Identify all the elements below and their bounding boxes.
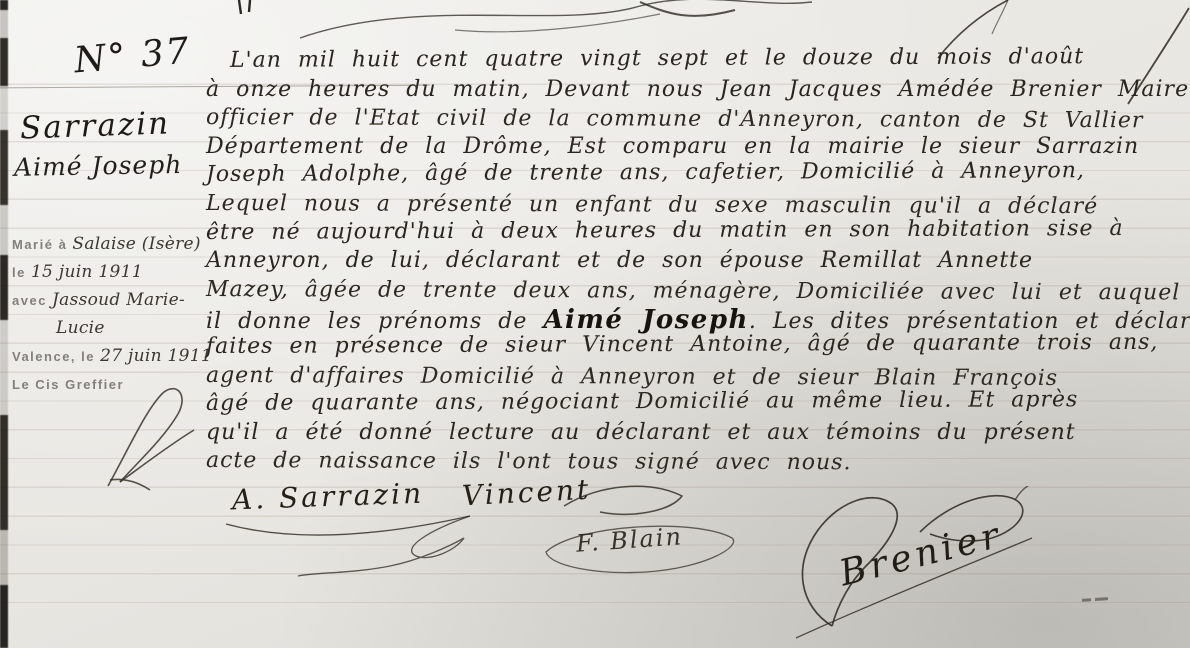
mayor-signature-flourish [770,486,1070,646]
act-line: Anneyron, de lui, déclarant et de son ép… [206,248,1184,277]
act-line: qu'il a été donné lecture au déclarant e… [206,420,1184,449]
declarant-signature-flourish [220,500,520,580]
mention-handwritten-text: 27 juin 1911 [100,346,212,366]
act-line: L'an mil huit cent quatre vingt sept et … [206,44,1184,77]
act-line: Mazey, âgée de trente deux ans, ménagère… [206,277,1184,309]
margin-child-surname: Sarrazin [19,103,224,146]
act-line: à onze heures du matin, Devant nous Jean… [206,77,1184,106]
mention-handwritten-text: Jassoud Marie- [52,290,185,310]
act-line: faites en présence de sieur Vincent Anto… [206,330,1184,363]
mention-stamp-text: avec [12,293,47,308]
act-line: officier de l'Etat civil de la commune d… [206,105,1184,137]
act-line: Joseph Adolphe, âgé de trente ans, cafet… [206,158,1184,191]
mention-handwritten-text: 15 juin 1911 [31,262,143,282]
margin-column: N° 37 Sarrazin Aimé Joseph Marié à Salai… [12,34,224,180]
act-line: acte de naissance ils l'ont tous signé a… [206,448,1184,480]
act-body: L'an mil huit cent quatre vingt sept et … [206,48,1184,477]
act-line-text: il donne les prénoms de [206,309,543,334]
pencil-dash-marks [1082,597,1108,602]
act-line: être né aujourd'hui à deux heures du mat… [206,215,1184,248]
greffier-paraph-flourish [90,386,220,496]
witness2-signature-ellipse [536,512,746,582]
mention-stamp-text: Valence, le [12,349,95,364]
act-line: âgé de quarante ans, négociant Domicilié… [206,387,1184,420]
mention-handwritten-text: Salaise (Isère) [72,234,200,254]
act-number: N° 37 [72,28,225,82]
mention-stamp-text: Marié à [12,237,67,252]
register-scan-page: N° 37 Sarrazin Aimé Joseph Marié à Salai… [0,0,1190,648]
mention-handwritten-text: Lucie [56,318,105,338]
margin-child-given-names: Aimé Joseph [14,149,224,182]
mention-stamp-text: le [12,265,26,280]
